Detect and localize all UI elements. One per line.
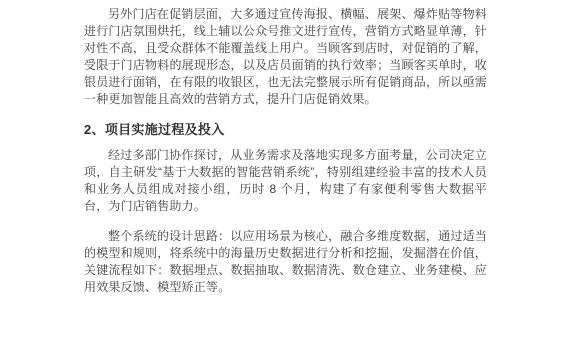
paragraph-project-initiation: 经过多部门协作探讨，从业务需求及落地实现多方面考量，公司决定立项，自主研发“基于…: [84, 147, 487, 215]
section-heading-project-implementation: 2、项目实施过程及投入: [84, 121, 487, 138]
paragraph-system-design-approach: 整个系统的设计思路：以应用场景为核心，融合多维度数据，通过适当的模型和规则，将系…: [84, 228, 487, 296]
paragraph-store-promotion-status: 另外门店在促销层面，大多通过宣传海报、横幅、展架、爆炸贴等物料进行门店氛围烘托，…: [84, 6, 487, 108]
document-page: 另外门店在促销层面，大多通过宣传海报、横幅、展架、爆炸贴等物料进行门店氛围烘托，…: [0, 0, 570, 360]
